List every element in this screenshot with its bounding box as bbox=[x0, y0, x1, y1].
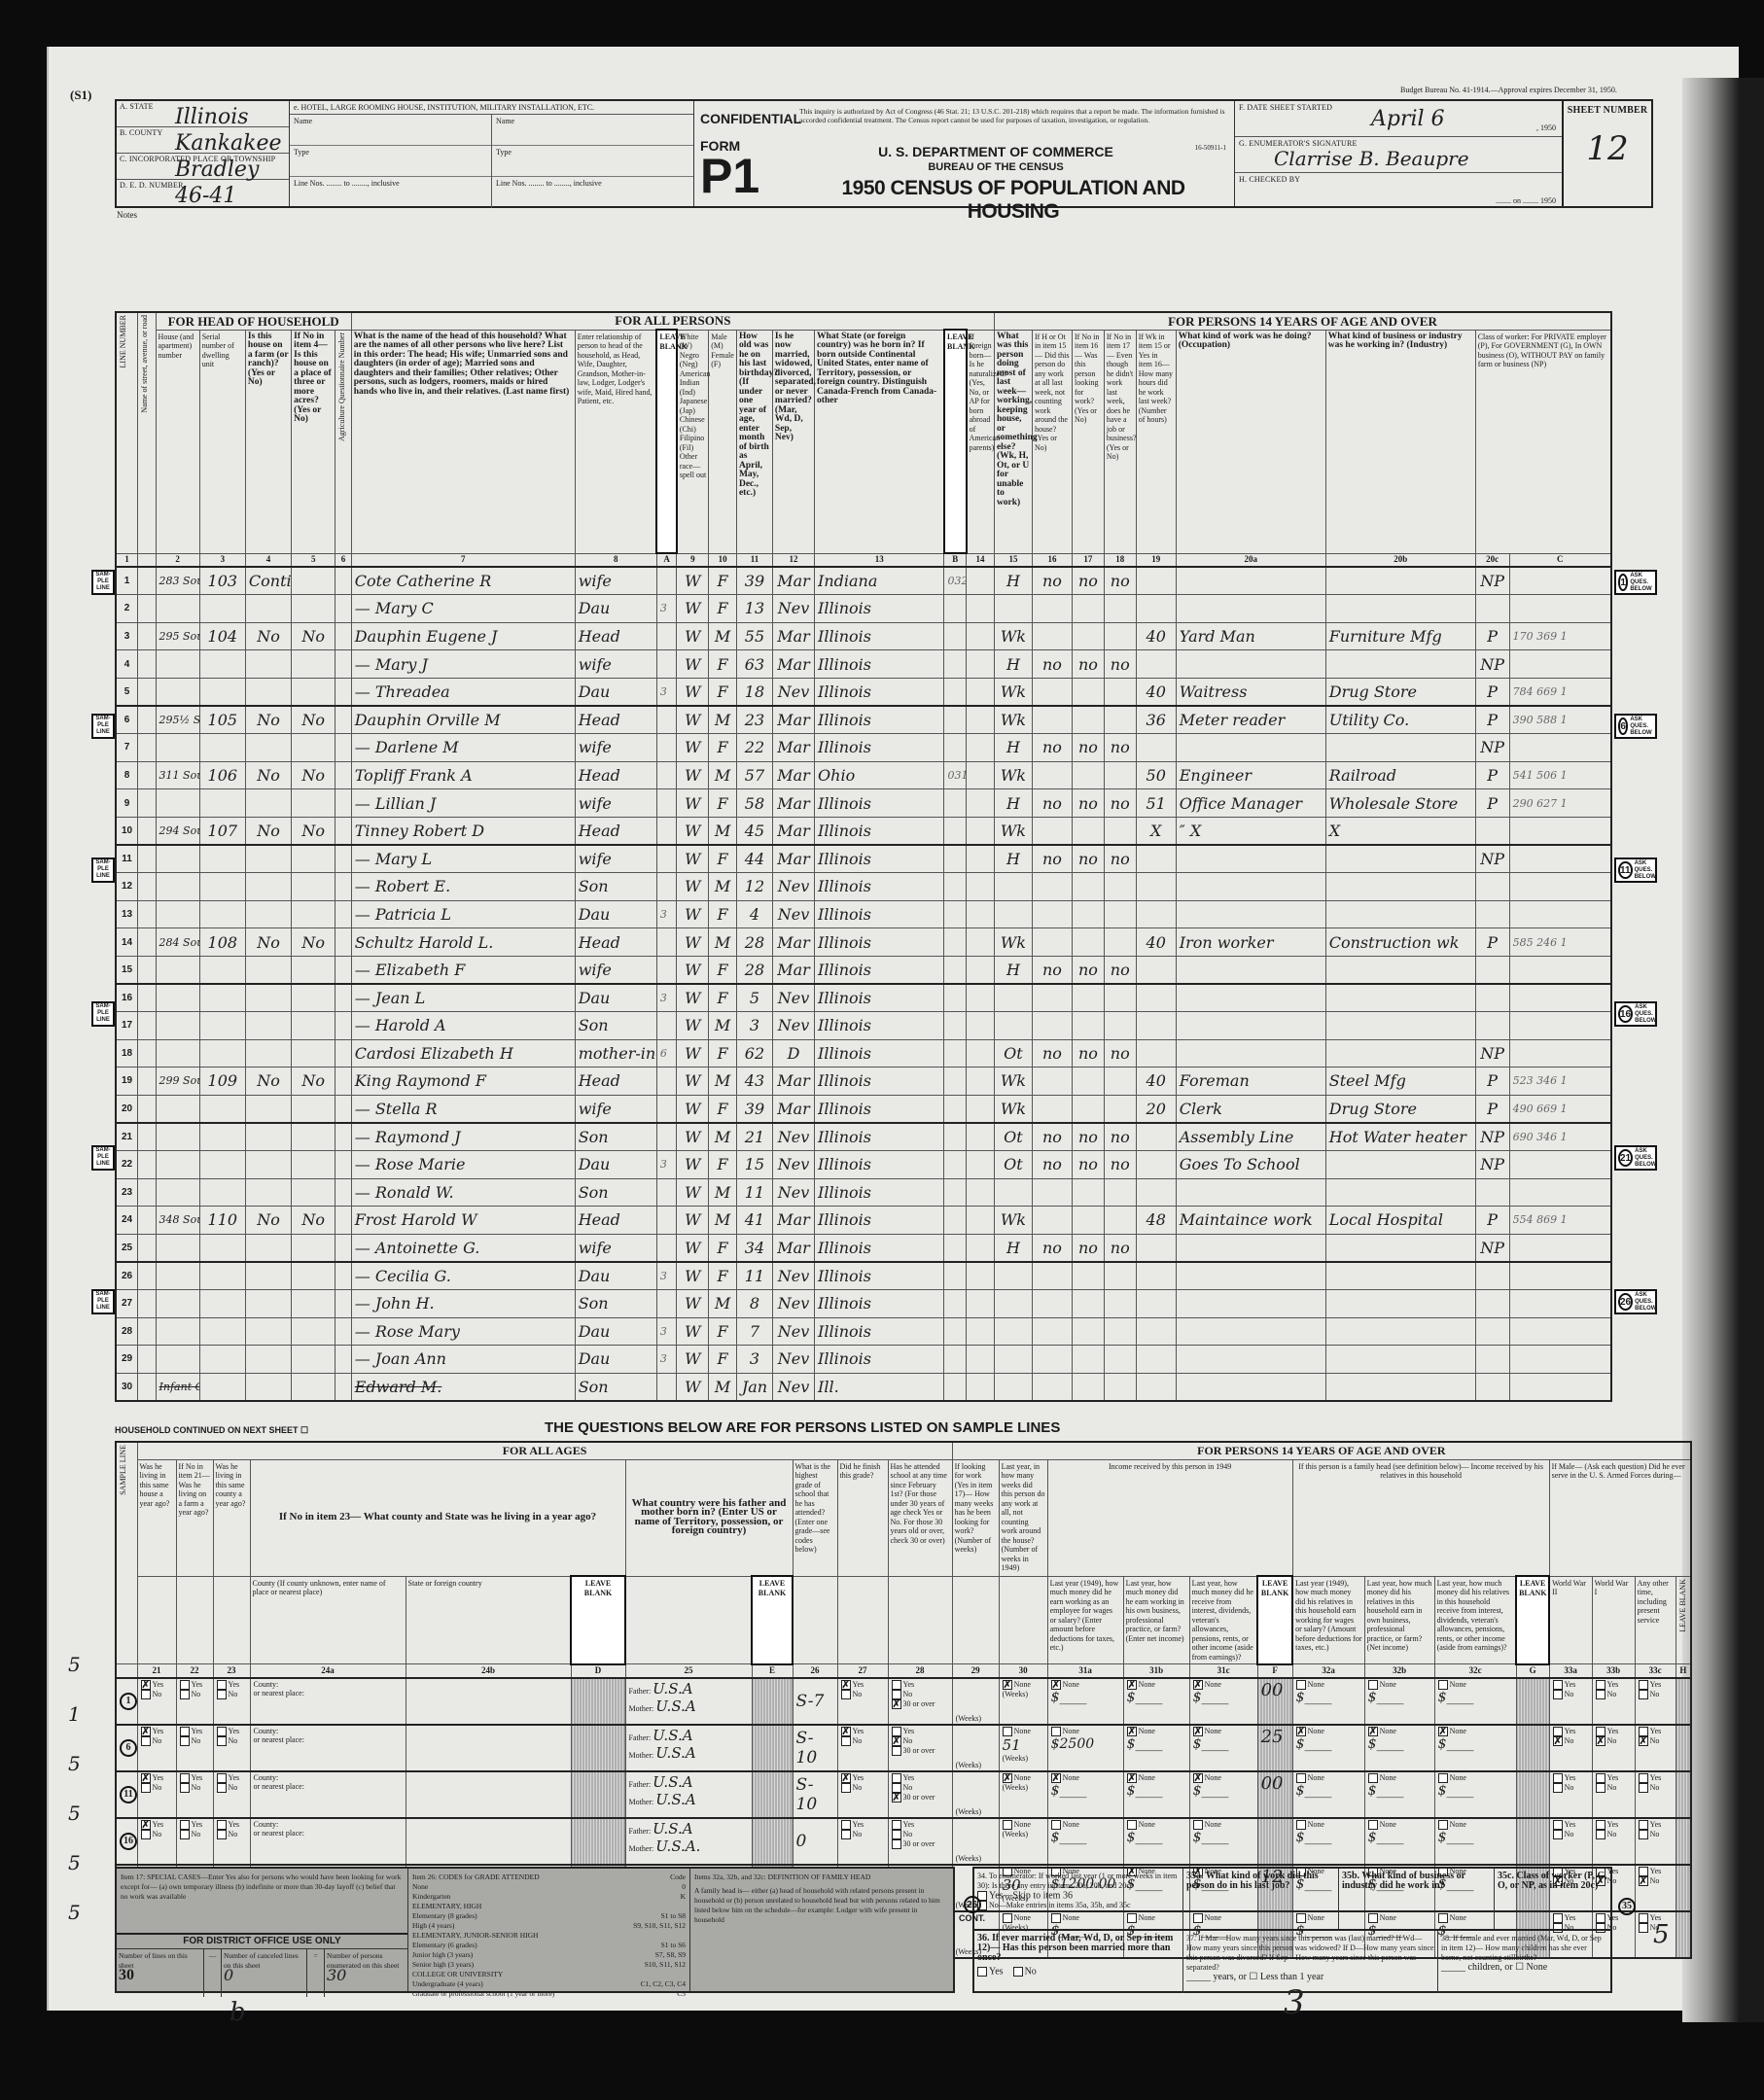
cell-acres[interactable]: No bbox=[292, 928, 335, 957]
cell-b[interactable]: 032 bbox=[944, 567, 967, 595]
cell-acres[interactable] bbox=[292, 678, 335, 706]
cell-acres[interactable] bbox=[292, 1039, 335, 1067]
cell-house[interactable] bbox=[156, 1289, 199, 1317]
cell-b[interactable] bbox=[944, 1150, 967, 1178]
cell-mar[interactable]: Nev bbox=[772, 984, 814, 1012]
cell-a[interactable] bbox=[656, 956, 677, 984]
cell-house[interactable] bbox=[156, 1012, 199, 1040]
business-32b-none[interactable]: None bbox=[1368, 1773, 1431, 1783]
ww2-no[interactable]: No bbox=[1553, 1830, 1589, 1839]
cell-acres[interactable] bbox=[292, 734, 335, 762]
cell-c15[interactable] bbox=[994, 1317, 1032, 1346]
cell-c18[interactable]: no bbox=[1104, 845, 1136, 873]
cell-a[interactable] bbox=[656, 622, 677, 650]
cell-c19[interactable]: 51 bbox=[1136, 789, 1176, 818]
cell-c15[interactable]: H bbox=[994, 789, 1032, 818]
cell-c18[interactable] bbox=[1104, 622, 1136, 650]
cell-acres[interactable] bbox=[292, 567, 335, 595]
cell-sex[interactable]: M bbox=[709, 873, 737, 901]
cell-rel[interactable]: Dau bbox=[575, 984, 656, 1012]
cell-c17[interactable]: no bbox=[1073, 845, 1105, 873]
cell-c18[interactable]: no bbox=[1104, 1039, 1136, 1067]
cell-dwelling[interactable] bbox=[199, 1346, 245, 1374]
cell-mar[interactable]: Nev bbox=[772, 1346, 814, 1374]
cell-c14[interactable] bbox=[967, 595, 995, 623]
cell-house[interactable]: Infant Cont. bbox=[156, 1373, 199, 1401]
cell-street[interactable] bbox=[138, 567, 156, 595]
cell-rel[interactable]: Head bbox=[575, 928, 656, 957]
cell-c16[interactable] bbox=[1032, 1346, 1072, 1374]
cell-ind[interactable] bbox=[1325, 1039, 1475, 1067]
cell-29[interactable]: (Weeks) bbox=[952, 1818, 999, 1865]
cell-dwelling[interactable] bbox=[199, 1012, 245, 1040]
cell-rel[interactable]: wife bbox=[575, 1234, 656, 1262]
cell-c18[interactable]: no bbox=[1104, 734, 1136, 762]
cell-c14[interactable] bbox=[967, 1150, 995, 1178]
cell-occ[interactable]: Goes To School bbox=[1176, 1150, 1325, 1178]
cell-dwelling[interactable] bbox=[199, 873, 245, 901]
cell-acres[interactable] bbox=[292, 1317, 335, 1346]
cell-c16[interactable]: no bbox=[1032, 845, 1072, 873]
cell-ag[interactable] bbox=[335, 1207, 351, 1235]
cell-house[interactable] bbox=[156, 789, 199, 818]
cell-ind[interactable] bbox=[1325, 1178, 1475, 1207]
cell-cls[interactable]: NP bbox=[1475, 845, 1509, 873]
cell-c18[interactable] bbox=[1104, 595, 1136, 623]
cell-age[interactable]: 7 bbox=[736, 1317, 772, 1346]
cell-age[interactable]: 28 bbox=[736, 928, 772, 957]
same-county-yes[interactable]: Yes bbox=[217, 1820, 247, 1830]
cell-ag[interactable] bbox=[335, 845, 351, 873]
cell-dwelling[interactable] bbox=[199, 678, 245, 706]
cell-name[interactable]: — John H. bbox=[351, 1289, 575, 1317]
cell-code[interactable] bbox=[1509, 1039, 1611, 1067]
cell-born[interactable]: Illinois bbox=[815, 817, 944, 845]
cell-occ[interactable] bbox=[1176, 595, 1325, 623]
wages-31a-none[interactable]: None bbox=[1051, 1820, 1120, 1830]
cell-name[interactable]: Cardosi Elizabeth H bbox=[351, 1039, 575, 1067]
wages-32a-none[interactable]: None bbox=[1296, 1773, 1361, 1783]
cell-race[interactable]: W bbox=[677, 1207, 709, 1235]
business-31b-amount[interactable]: $____ bbox=[1127, 1830, 1186, 1845]
cell-race[interactable]: W bbox=[677, 817, 709, 845]
cell-c17[interactable]: no bbox=[1073, 1150, 1105, 1178]
cell-dwelling[interactable] bbox=[199, 1095, 245, 1123]
ww1-yes[interactable]: Yes bbox=[1596, 1680, 1632, 1690]
cell-ag[interactable] bbox=[335, 734, 351, 762]
cell-street[interactable] bbox=[138, 1262, 156, 1290]
cell-street[interactable] bbox=[138, 734, 156, 762]
cell-born[interactable]: Ill. bbox=[815, 1373, 944, 1401]
cell-24b[interactable] bbox=[406, 1678, 571, 1725]
other-32c-amount[interactable]: $____ bbox=[1438, 1690, 1513, 1705]
cell-a[interactable] bbox=[656, 845, 677, 873]
cell-house[interactable]: 311 South bbox=[156, 761, 199, 789]
cell-house[interactable] bbox=[156, 1262, 199, 1290]
cell-race[interactable]: W bbox=[677, 1067, 709, 1096]
cell-c14[interactable] bbox=[967, 678, 995, 706]
cell-dwelling[interactable]: 108 bbox=[199, 928, 245, 957]
cell-mar[interactable]: Nev bbox=[772, 1150, 814, 1178]
cell-street[interactable] bbox=[138, 1123, 156, 1151]
cell-farm[interactable] bbox=[245, 1234, 291, 1262]
cell-dwelling[interactable]: 107 bbox=[199, 817, 245, 845]
cell-c16[interactable]: no bbox=[1032, 1150, 1072, 1178]
wages-31a-amount[interactable]: $____ bbox=[1051, 1690, 1120, 1705]
cell-ag[interactable] bbox=[335, 1067, 351, 1096]
cell-ind[interactable] bbox=[1325, 900, 1475, 928]
cell-acres[interactable] bbox=[292, 845, 335, 873]
cell-c14[interactable] bbox=[967, 622, 995, 650]
cell-mar[interactable]: Nev bbox=[772, 873, 814, 901]
cell-c15[interactable] bbox=[994, 1346, 1032, 1374]
cell-ag[interactable] bbox=[335, 1289, 351, 1317]
cell-c16[interactable] bbox=[1032, 817, 1072, 845]
same-county-yes[interactable]: Yes bbox=[217, 1773, 247, 1783]
cell-street[interactable] bbox=[138, 595, 156, 623]
cell-a[interactable]: 6 bbox=[656, 1039, 677, 1067]
cell-name[interactable]: — Elizabeth F bbox=[351, 956, 575, 984]
ed-number-field[interactable]: d. E. D. NUMBER 46-41 bbox=[117, 180, 289, 206]
cell-c16[interactable] bbox=[1032, 1095, 1072, 1123]
cell-farm[interactable] bbox=[245, 595, 291, 623]
cell-sex[interactable]: F bbox=[709, 1095, 737, 1123]
cell-c19[interactable]: 40 bbox=[1136, 1067, 1176, 1096]
cell-house[interactable] bbox=[156, 1317, 199, 1346]
cell-name[interactable]: — Darlene M bbox=[351, 734, 575, 762]
county-field[interactable]: b. COUNTY Kankakee bbox=[117, 127, 289, 154]
cell-name[interactable]: — Mary L bbox=[351, 845, 575, 873]
cell-cls[interactable] bbox=[1475, 817, 1509, 845]
cell-name[interactable]: — Jean L bbox=[351, 984, 575, 1012]
cell-race[interactable]: W bbox=[677, 1262, 709, 1290]
cell-c15[interactable]: H bbox=[994, 845, 1032, 873]
cell-race[interactable]: W bbox=[677, 678, 709, 706]
cell-c18[interactable] bbox=[1104, 1317, 1136, 1346]
cell-race[interactable]: W bbox=[677, 873, 709, 901]
wages-31a-none[interactable]: ✗None bbox=[1051, 1680, 1120, 1690]
cell-c19[interactable] bbox=[1136, 734, 1176, 762]
cell-rel[interactable]: Dau bbox=[575, 678, 656, 706]
cell-sex[interactable]: M bbox=[709, 1207, 737, 1235]
cell-c18[interactable] bbox=[1104, 1262, 1136, 1290]
cell-ind[interactable] bbox=[1325, 1346, 1475, 1374]
cell-b[interactable] bbox=[944, 650, 967, 679]
institution-name-1[interactable]: Name bbox=[290, 115, 491, 146]
cell-born[interactable]: Illinois bbox=[815, 984, 944, 1012]
cell-name[interactable]: — Mary J bbox=[351, 650, 575, 679]
ww2-no[interactable]: No bbox=[1553, 1690, 1589, 1699]
cell-name[interactable]: Dauphin Eugene J bbox=[351, 622, 575, 650]
cell-dwelling[interactable] bbox=[199, 1373, 245, 1401]
cell-race[interactable]: W bbox=[677, 1178, 709, 1207]
cell-dwelling[interactable] bbox=[199, 1039, 245, 1067]
cell-c15[interactable] bbox=[994, 1289, 1032, 1317]
other-service-yes[interactable]: Yes bbox=[1639, 1680, 1673, 1690]
cell-ind[interactable]: X bbox=[1325, 817, 1475, 845]
cell-26[interactable]: S-10 bbox=[793, 1771, 837, 1818]
cell-c14[interactable] bbox=[967, 873, 995, 901]
cell-a[interactable] bbox=[656, 928, 677, 957]
cell-race[interactable]: W bbox=[677, 1123, 709, 1151]
cell-code[interactable] bbox=[1509, 873, 1611, 901]
cell-c15[interactable] bbox=[994, 1178, 1032, 1207]
ww1-yes[interactable]: Yes bbox=[1596, 1773, 1632, 1783]
cell-rel[interactable]: wife bbox=[575, 734, 656, 762]
cell-sex[interactable]: M bbox=[709, 1178, 737, 1207]
cell-a[interactable] bbox=[656, 1095, 677, 1123]
cell-mar[interactable]: Mar bbox=[772, 1234, 814, 1262]
cell-ind[interactable]: Furniture Mfg bbox=[1325, 622, 1475, 650]
same-house-no[interactable]: No bbox=[141, 1783, 173, 1793]
cell-c17[interactable] bbox=[1073, 678, 1105, 706]
cell-30[interactable]: None51(Weeks) bbox=[999, 1725, 1047, 1771]
wages-31a-amount[interactable]: $2500 bbox=[1051, 1736, 1120, 1752]
other-31c-none[interactable]: ✗None bbox=[1193, 1680, 1254, 1690]
cell-born[interactable]: Illinois bbox=[815, 678, 944, 706]
cell-rel[interactable]: Dau bbox=[575, 1150, 656, 1178]
cell-ag[interactable] bbox=[335, 984, 351, 1012]
cell-street[interactable] bbox=[138, 1039, 156, 1067]
cell-occ[interactable] bbox=[1176, 900, 1325, 928]
cell-mar[interactable]: Nev bbox=[772, 900, 814, 928]
cell-dwelling[interactable] bbox=[199, 650, 245, 679]
cell-c15[interactable] bbox=[994, 900, 1032, 928]
cell-sex[interactable]: F bbox=[709, 1234, 737, 1262]
cell-c18[interactable] bbox=[1104, 928, 1136, 957]
household-continued-checkbox[interactable]: HOUSEHOLD CONTINUED ON NEXT SHEET ☐ bbox=[115, 1425, 308, 1436]
cell-c18[interactable]: no bbox=[1104, 1150, 1136, 1178]
cell-mar[interactable]: Mar bbox=[772, 706, 814, 734]
cell-rel[interactable]: Son bbox=[575, 873, 656, 901]
finish-grade-no[interactable]: No bbox=[841, 1783, 885, 1793]
cell-name[interactable]: — Threadea bbox=[351, 678, 575, 706]
cell-c14[interactable] bbox=[967, 817, 995, 845]
cell-code[interactable] bbox=[1509, 817, 1611, 845]
cell-ag[interactable] bbox=[335, 900, 351, 928]
cell-born[interactable]: Illinois bbox=[815, 622, 944, 650]
cell-ag[interactable] bbox=[335, 678, 351, 706]
cell-c14[interactable] bbox=[967, 761, 995, 789]
cell-acres[interactable]: No bbox=[292, 1207, 335, 1235]
ww2-no[interactable]: No bbox=[1553, 1783, 1589, 1793]
cell-street[interactable] bbox=[138, 956, 156, 984]
cell-b[interactable] bbox=[944, 1178, 967, 1207]
cell-code[interactable] bbox=[1509, 1317, 1611, 1346]
cell-farm[interactable] bbox=[245, 1317, 291, 1346]
cell-name[interactable]: King Raymond F bbox=[351, 1067, 575, 1096]
cell-house[interactable] bbox=[156, 1123, 199, 1151]
cell-mar[interactable]: Nev bbox=[772, 1289, 814, 1317]
cell-ind[interactable]: Local Hospital bbox=[1325, 1207, 1475, 1235]
cell-acres[interactable] bbox=[292, 789, 335, 818]
cell-c16[interactable]: no bbox=[1032, 1039, 1072, 1067]
cell-born[interactable]: Illinois bbox=[815, 1289, 944, 1317]
cell-dwelling[interactable] bbox=[199, 1262, 245, 1290]
cell-acres[interactable] bbox=[292, 900, 335, 928]
cell-name[interactable]: Cote Catherine R bbox=[351, 567, 575, 595]
cell-cls[interactable] bbox=[1475, 1346, 1509, 1374]
cell-c14[interactable] bbox=[967, 789, 995, 818]
cell-ag[interactable] bbox=[335, 873, 351, 901]
cell-born[interactable]: Illinois bbox=[815, 900, 944, 928]
cell-race[interactable]: W bbox=[677, 622, 709, 650]
cell-30[interactable]: ✗None(Weeks) bbox=[999, 1678, 1047, 1725]
cell-house[interactable] bbox=[156, 595, 199, 623]
ww1-no[interactable]: No bbox=[1596, 1783, 1632, 1793]
cell-c19[interactable] bbox=[1136, 1262, 1176, 1290]
cell-ag[interactable] bbox=[335, 650, 351, 679]
cell-sex[interactable]: M bbox=[709, 706, 737, 734]
cell-dwelling[interactable] bbox=[199, 595, 245, 623]
cell-farm[interactable] bbox=[245, 1039, 291, 1067]
cell-c19[interactable] bbox=[1136, 567, 1176, 595]
cell-born[interactable]: Illinois bbox=[815, 734, 944, 762]
cell-occ[interactable]: ″ X bbox=[1176, 817, 1325, 845]
cell-sex[interactable]: M bbox=[709, 1373, 737, 1401]
cell-c19[interactable]: 40 bbox=[1136, 928, 1176, 957]
ww1-no[interactable]: No bbox=[1596, 1690, 1632, 1699]
cell-acres[interactable]: No bbox=[292, 622, 335, 650]
cell-c16[interactable] bbox=[1032, 1012, 1072, 1040]
cell-ind[interactable]: Wholesale Store bbox=[1325, 789, 1475, 818]
cell-ag[interactable] bbox=[335, 1039, 351, 1067]
cell-cls[interactable]: P bbox=[1475, 622, 1509, 650]
cell-farm[interactable] bbox=[245, 900, 291, 928]
other-32c-none[interactable]: None bbox=[1438, 1820, 1513, 1830]
cell-ind[interactable] bbox=[1325, 984, 1475, 1012]
cell-c17[interactable]: no bbox=[1073, 1123, 1105, 1151]
institution-lines-2[interactable]: Line Nos. ........ to ........, inclusiv… bbox=[492, 177, 693, 208]
cell-c19[interactable] bbox=[1136, 1234, 1176, 1262]
cell-ag[interactable] bbox=[335, 595, 351, 623]
cell-race[interactable]: W bbox=[677, 1039, 709, 1067]
cell-occ[interactable] bbox=[1176, 984, 1325, 1012]
cell-c18[interactable]: no bbox=[1104, 1123, 1136, 1151]
cell-acres[interactable] bbox=[292, 1012, 335, 1040]
cell-c16[interactable] bbox=[1032, 622, 1072, 650]
business-31b-none[interactable]: ✗None bbox=[1127, 1727, 1186, 1736]
cell-cls[interactable]: P bbox=[1475, 928, 1509, 957]
cell-dwelling[interactable]: 106 bbox=[199, 761, 245, 789]
cell-farm[interactable]: No bbox=[245, 928, 291, 957]
cell-mar[interactable]: Mar bbox=[772, 1207, 814, 1235]
cell-c17[interactable] bbox=[1073, 595, 1105, 623]
cell-acres[interactable] bbox=[292, 1373, 335, 1401]
cell-mar[interactable]: Mar bbox=[772, 622, 814, 650]
other-31c-amount[interactable]: $____ bbox=[1193, 1690, 1254, 1705]
other-32c-amount[interactable]: $____ bbox=[1438, 1736, 1513, 1752]
cell-c14[interactable] bbox=[967, 1262, 995, 1290]
cell-b[interactable] bbox=[944, 900, 967, 928]
cell-farm[interactable] bbox=[245, 1150, 291, 1178]
cell-name[interactable]: Frost Harold W bbox=[351, 1207, 575, 1235]
cell-born[interactable]: Illinois bbox=[815, 928, 944, 957]
cell-age[interactable]: 3 bbox=[736, 1012, 772, 1040]
cell-code[interactable]: 290 627 1 bbox=[1509, 789, 1611, 818]
cell-c16[interactable]: no bbox=[1032, 789, 1072, 818]
cell-cls[interactable]: NP bbox=[1475, 650, 1509, 679]
cell-a[interactable] bbox=[656, 1234, 677, 1262]
cell-born[interactable]: Illinois bbox=[815, 1123, 944, 1151]
cell-born[interactable]: Illinois bbox=[815, 1012, 944, 1040]
persons-enumerated[interactable]: 30 bbox=[327, 1971, 406, 1980]
cell-age[interactable]: 8 bbox=[736, 1289, 772, 1317]
cell-c19[interactable]: 50 bbox=[1136, 761, 1176, 789]
cell-dwelling[interactable] bbox=[199, 1289, 245, 1317]
cell-age[interactable]: 15 bbox=[736, 1150, 772, 1178]
cell-rel[interactable]: Son bbox=[575, 1289, 656, 1317]
finish-grade-yes[interactable]: Yes bbox=[841, 1820, 885, 1830]
same-house-no[interactable]: No bbox=[141, 1736, 173, 1746]
cell-age[interactable]: 41 bbox=[736, 1207, 772, 1235]
cell-c15[interactable] bbox=[994, 873, 1032, 901]
same-county-no[interactable]: No bbox=[217, 1783, 247, 1793]
q36-no-checkbox[interactable] bbox=[1013, 1967, 1023, 1977]
cell-street[interactable] bbox=[138, 761, 156, 789]
cell-b[interactable] bbox=[944, 1123, 967, 1151]
cell-occ[interactable]: Clerk bbox=[1176, 1095, 1325, 1123]
cell-mar[interactable]: Mar bbox=[772, 956, 814, 984]
cell-street[interactable] bbox=[138, 900, 156, 928]
cell-name[interactable]: — Rose Mary bbox=[351, 1317, 575, 1346]
cell-rel[interactable]: Head bbox=[575, 1207, 656, 1235]
cell-dwelling[interactable] bbox=[199, 1234, 245, 1262]
cell-occ[interactable] bbox=[1176, 845, 1325, 873]
cell-cls[interactable]: NP bbox=[1475, 1039, 1509, 1067]
same-county-no[interactable]: No bbox=[217, 1736, 247, 1746]
cell-cls[interactable] bbox=[1475, 900, 1509, 928]
cell-c17[interactable]: no bbox=[1073, 567, 1105, 595]
cell-sex[interactable]: M bbox=[709, 817, 737, 845]
cell-c16[interactable] bbox=[1032, 873, 1072, 901]
cell-born[interactable]: Illinois bbox=[815, 706, 944, 734]
cell-mar[interactable]: Nev bbox=[772, 1123, 814, 1151]
business-32b-amount[interactable]: $____ bbox=[1368, 1736, 1431, 1752]
cell-b[interactable] bbox=[944, 845, 967, 873]
cell-born[interactable]: Illinois bbox=[815, 1039, 944, 1067]
cell-ind[interactable] bbox=[1325, 650, 1475, 679]
cell-acres[interactable] bbox=[292, 1095, 335, 1123]
cell-c19[interactable] bbox=[1136, 1289, 1176, 1317]
cell-born[interactable]: Illinois bbox=[815, 789, 944, 818]
cell-b[interactable] bbox=[944, 1095, 967, 1123]
ww2-no[interactable]: ✗No bbox=[1553, 1736, 1589, 1746]
business-32b-amount[interactable]: $____ bbox=[1368, 1783, 1431, 1799]
cell-age[interactable]: 11 bbox=[736, 1178, 772, 1207]
cell-house[interactable]: 299 South bbox=[156, 1067, 199, 1096]
cell-name[interactable]: Edward M. bbox=[351, 1373, 575, 1401]
cell-name[interactable]: Topliff Frank A bbox=[351, 761, 575, 789]
cell-street[interactable] bbox=[138, 1207, 156, 1235]
cell-c16[interactable] bbox=[1032, 706, 1072, 734]
cell-rel[interactable]: Son bbox=[575, 1373, 656, 1401]
business-31b-none[interactable]: ✗None bbox=[1127, 1773, 1186, 1783]
cell-farm[interactable] bbox=[245, 1123, 291, 1151]
cell-ind[interactable] bbox=[1325, 845, 1475, 873]
cell-ind[interactable] bbox=[1325, 595, 1475, 623]
business-32b-none[interactable]: None bbox=[1368, 1680, 1431, 1690]
cell-c15[interactable]: Wk bbox=[994, 761, 1032, 789]
cell-code[interactable] bbox=[1509, 984, 1611, 1012]
cell-a[interactable] bbox=[656, 734, 677, 762]
cell-c17[interactable] bbox=[1073, 1289, 1105, 1317]
cell-occ[interactable]: Yard Man bbox=[1176, 622, 1325, 650]
cell-race[interactable]: W bbox=[677, 706, 709, 734]
cell-c18[interactable] bbox=[1104, 1207, 1136, 1235]
same-house-yes[interactable]: ✗Yes bbox=[141, 1727, 173, 1736]
cell-ag[interactable] bbox=[335, 761, 351, 789]
